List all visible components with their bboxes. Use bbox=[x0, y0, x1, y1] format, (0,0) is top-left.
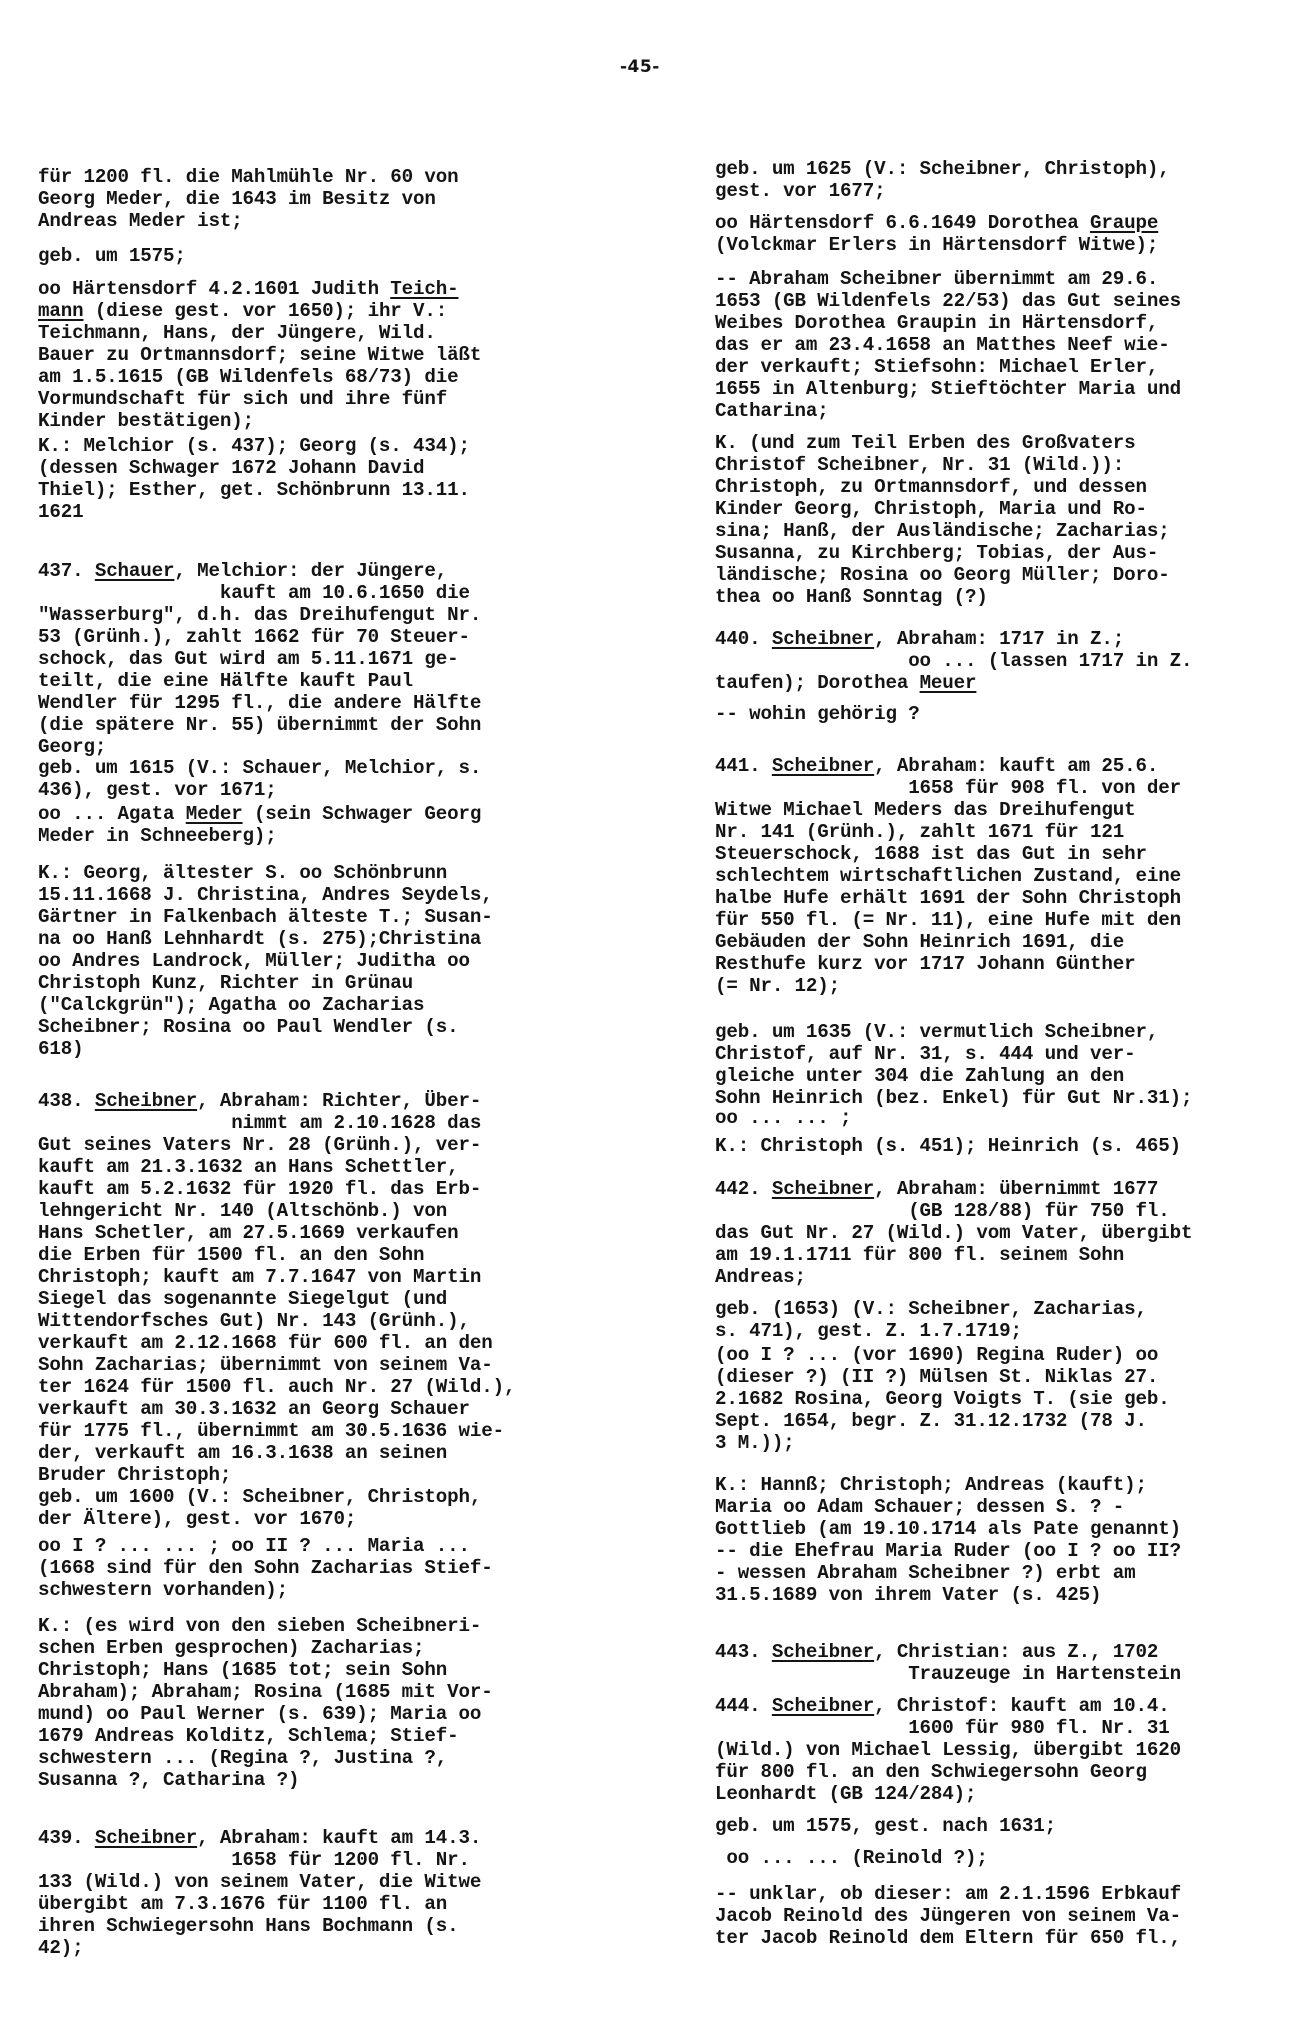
text-line: ter 1624 für 1500 fl. auch Nr. 27 (Wild.… bbox=[38, 1376, 515, 1398]
text-line: Jacob Reinold des Jüngeren von seinem Va… bbox=[715, 1905, 1181, 1927]
text-line: 1653 (GB Wildenfels 22/53) das Gut seine… bbox=[715, 290, 1181, 312]
text-line: (Wild.) von Michael Lessig, übergibt 162… bbox=[715, 1739, 1181, 1761]
text-line: Kinder bestätigen); bbox=[38, 410, 481, 432]
text-line: (die spätere Nr. 55) übernimmt der Sohn bbox=[38, 714, 481, 736]
text-line: mann (diese gest. vor 1650); ihr V.: bbox=[38, 300, 481, 322]
text-line: oo Andres Landrock, Müller; Juditha oo bbox=[38, 950, 493, 972]
register-entry-439: 439. Scheibner, Abraham: kauft am 14.3. … bbox=[38, 1827, 481, 1959]
text-line: Catharina; bbox=[715, 400, 1181, 422]
paragraph: (oo I ? ... (vor 1690) Regina Ruder) oo(… bbox=[715, 1344, 1170, 1454]
text-line: Christoph; kauft am 7.7.1647 von Martin bbox=[38, 1266, 515, 1288]
register-entry-441: 441. Scheibner, Abraham: kauft am 25.6. … bbox=[715, 755, 1181, 997]
text-line: Georg; bbox=[38, 736, 481, 758]
text-line: 437. Schauer, Melchior: der Jüngere, bbox=[38, 560, 481, 582]
paragraph: geb. um 1575, gest. nach 1631; bbox=[715, 1815, 1056, 1837]
text-line: Scheibner; Rosina oo Paul Wendler (s. bbox=[38, 1016, 493, 1038]
text-line: 436), gest. vor 1671; bbox=[38, 779, 481, 801]
text-line: thea oo Hanß Sonntag (?) bbox=[715, 586, 1170, 608]
page-number: -45- bbox=[620, 57, 660, 77]
text-line: Abraham); Abraham; Rosina (1685 mit Vor- bbox=[38, 1681, 493, 1703]
text-line: K.: Georg, ältester S. oo Schönbrunn bbox=[38, 862, 493, 884]
text-line: für 550 fl. (= Nr. 11), eine Hufe mit de… bbox=[715, 909, 1181, 931]
text-line: Bauer zu Ortmannsdorf; seine Witwe läßt bbox=[38, 344, 481, 366]
text-line: Sohn Zacharias; übernimmt von seinem Va- bbox=[38, 1354, 515, 1376]
text-line: Steuerschock, 1688 ist das Gut in sehr bbox=[715, 843, 1181, 865]
underlined-surname: Meuer bbox=[920, 672, 977, 694]
underlined-surname: Scheibner bbox=[772, 1641, 874, 1663]
text-line: Wendler für 1295 fl., die andere Hälfte bbox=[38, 692, 481, 714]
text-line: (dieser ?) (II ?) Mülsen St. Niklas 27. bbox=[715, 1366, 1170, 1388]
text-line: K.: (es wird von den sieben Scheibneri- bbox=[38, 1615, 493, 1637]
text-line: am 1.5.1615 (GB Wildenfels 68/73) die bbox=[38, 366, 481, 388]
text-line: oo I ? ... ... ; oo II ? ... Maria ... bbox=[38, 1535, 493, 1557]
register-entry-438: 438. Scheibner, Abraham: Richter, Über- … bbox=[38, 1090, 515, 1486]
text-line: "Wasserburg", d.h. das Dreihufengut Nr. bbox=[38, 604, 481, 626]
text-line: Andreas; bbox=[715, 1266, 1192, 1288]
text-line: Georg Meder, die 1643 im Besitz von bbox=[38, 188, 458, 210]
text-line: Nr. 141 (Grünh.), zahlt 1671 für 121 bbox=[715, 821, 1181, 843]
text-line: halbe Hufe erhält 1691 der Sohn Christop… bbox=[715, 887, 1181, 909]
text-line: geb. um 1625 (V.: Scheibner, Christoph), bbox=[715, 158, 1170, 180]
text-line: 440. Scheibner, Abraham: 1717 in Z.; bbox=[715, 628, 1192, 650]
text-line: kauft am 5.2.1632 für 1920 fl. das Erb- bbox=[38, 1178, 515, 1200]
text-line: gleiche unter 304 die Zahlung an den bbox=[715, 1065, 1192, 1087]
text-line: teilt, die eine Hälfte kauft Paul bbox=[38, 670, 481, 692]
text-line: Thiel); Esther, get. Schönbrunn 13.11. bbox=[38, 479, 470, 501]
text-line: Susanna, zu Kirchberg; Tobias, der Aus- bbox=[715, 542, 1170, 564]
text-line: nimmt am 2.10.1628 das bbox=[38, 1112, 515, 1134]
text-line: 444. Scheibner, Christof: kauft am 10.4. bbox=[715, 1695, 1181, 1717]
text-line: (Volckmar Erlers in Härtensdorf Witwe); bbox=[715, 234, 1158, 256]
text-line: geb. um 1615 (V.: Schauer, Melchior, s. bbox=[38, 757, 481, 779]
text-line: Sept. 1654, begr. Z. 31.12.1732 (78 J. bbox=[715, 1410, 1170, 1432]
text-line: (= Nr. 12); bbox=[715, 975, 1181, 997]
text-line: Sohn Heinrich (bez. Enkel) für Gut Nr.31… bbox=[715, 1087, 1192, 1109]
paragraph: oo ... ... ; bbox=[715, 1107, 851, 1129]
register-entry-440: 440. Scheibner, Abraham: 1717 in Z.; oo … bbox=[715, 628, 1192, 694]
text-line: am 19.1.1711 für 800 fl. seinem Sohn bbox=[715, 1244, 1192, 1266]
paragraph: für 1200 fl. die Mahlmühle Nr. 60 vonGeo… bbox=[38, 166, 458, 232]
text-line: Witwe Michael Meders das Dreihufengut bbox=[715, 799, 1181, 821]
text-line: geb. um 1575; bbox=[38, 245, 186, 267]
text-line: 1658 für 908 fl. von der bbox=[715, 777, 1181, 799]
underlined-surname: Schauer bbox=[95, 560, 175, 582]
paragraph: K.: Georg, ältester S. oo Schönbrunn15.1… bbox=[38, 862, 493, 1060]
text-line: K. (und zum Teil Erben des Großvaters bbox=[715, 432, 1170, 454]
text-line: Christoph; Hans (1685 tot; sein Sohn bbox=[38, 1659, 493, 1681]
paragraph: geb. (1653) (V.: Scheibner, Zacharias,s.… bbox=[715, 1298, 1147, 1342]
underlined-surname: Scheibner bbox=[95, 1827, 197, 1849]
text-line: 15.11.1668 J. Christina, Andres Seydels, bbox=[38, 884, 493, 906]
paragraph: geb. um 1575; bbox=[38, 245, 186, 267]
underlined-surname: Scheibner bbox=[95, 1090, 197, 1112]
paragraph: K.: Christoph (s. 451); Heinrich (s. 465… bbox=[715, 1135, 1181, 1157]
text-line: Christoph, zu Ortmannsdorf, und dessen bbox=[715, 476, 1170, 498]
paragraph: oo Härtensdorf 4.2.1601 Judith Teich-man… bbox=[38, 278, 481, 432]
paragraph: K.: Hannß; Christoph; Andreas (kauft);Ma… bbox=[715, 1474, 1181, 1606]
text-line: lehngericht Nr. 140 (Altschönb.) von bbox=[38, 1200, 515, 1222]
underlined-surname: Scheibner bbox=[772, 1695, 874, 1717]
text-line: na oo Hanß Lehnhardt (s. 275);Christina bbox=[38, 928, 493, 950]
text-line: Hans Schetler, am 27.5.1669 verkaufen bbox=[38, 1222, 515, 1244]
text-line: oo Härtensdorf 4.2.1601 Judith Teich- bbox=[38, 278, 481, 300]
text-line: 133 (Wild.) von seinem Vater, die Witwe bbox=[38, 1871, 481, 1893]
register-entry-444: 444. Scheibner, Christof: kauft am 10.4.… bbox=[715, 1695, 1181, 1805]
text-line: geb. (1653) (V.: Scheibner, Zacharias, bbox=[715, 1298, 1147, 1320]
text-line: geb. um 1575, gest. nach 1631; bbox=[715, 1815, 1056, 1837]
text-line: 441. Scheibner, Abraham: kauft am 25.6. bbox=[715, 755, 1181, 777]
text-line: schlechtem wirtschaftlichen Zustand, ein… bbox=[715, 865, 1181, 887]
text-line: verkauft am 2.12.1668 für 600 fl. an den bbox=[38, 1332, 515, 1354]
text-line: für 1200 fl. die Mahlmühle Nr. 60 von bbox=[38, 166, 458, 188]
text-line: kauft am 10.6.1650 die bbox=[38, 582, 481, 604]
text-line: -- wohin gehörig ? bbox=[715, 703, 920, 725]
text-line: Bruder Christoph; bbox=[38, 1464, 515, 1486]
text-line: -- Abraham Scheibner übernimmt am 29.6. bbox=[715, 268, 1181, 290]
paragraph: oo Härtensdorf 6.6.1649 Dorothea Graupe(… bbox=[715, 212, 1158, 256]
text-line: Kinder Georg, Christoph, Maria und Ro- bbox=[715, 498, 1170, 520]
text-line: mund) oo Paul Werner (s. 639); Maria oo bbox=[38, 1703, 493, 1725]
text-line: schwestern vorhanden); bbox=[38, 1579, 493, 1601]
text-line: Gut seines Vaters Nr. 28 (Grünh.), ver- bbox=[38, 1134, 515, 1156]
text-line: - wessen Abraham Scheibner ?) erbt am bbox=[715, 1562, 1181, 1584]
text-line: 53 (Grünh.), zahlt 1662 für 70 Steuer- bbox=[38, 626, 481, 648]
text-line: 2.1682 Rosina, Georg Voigts T. (sie geb. bbox=[715, 1388, 1170, 1410]
text-line: Gebäuden der Sohn Heinrich 1691, die bbox=[715, 931, 1181, 953]
underlined-surname: Scheibner bbox=[772, 1178, 874, 1200]
text-line: K.: Christoph (s. 451); Heinrich (s. 465… bbox=[715, 1135, 1181, 1157]
text-line: Meder in Schneeberg); bbox=[38, 825, 481, 847]
text-line: 3 M.)); bbox=[715, 1432, 1170, 1454]
text-line: (1668 sind für den Sohn Zacharias Stief- bbox=[38, 1557, 493, 1579]
text-line: geb. um 1635 (V.: vermutlich Scheibner, bbox=[715, 1021, 1192, 1043]
paragraph: K.: (es wird von den sieben Scheibneri-s… bbox=[38, 1615, 493, 1791]
text-line: 1679 Andreas Kolditz, Schlema; Stief- bbox=[38, 1725, 493, 1747]
text-line: schen Erben gesprochen) Zacharias; bbox=[38, 1637, 493, 1659]
text-line: ihren Schwiegersohn Hans Bochmann (s. bbox=[38, 1915, 481, 1937]
text-line: taufen); Dorothea Meuer bbox=[715, 672, 1192, 694]
text-line: 1655 in Altenburg; Stieftöchter Maria un… bbox=[715, 378, 1181, 400]
text-line: Resthufe kurz vor 1717 Johann Günther bbox=[715, 953, 1181, 975]
paragraph: K. (und zum Teil Erben des GroßvatersChr… bbox=[715, 432, 1170, 608]
text-line: 42); bbox=[38, 1937, 481, 1959]
text-line: der Ältere), gest. vor 1670; bbox=[38, 1508, 481, 1530]
text-line: 439. Scheibner, Abraham: kauft am 14.3. bbox=[38, 1827, 481, 1849]
text-line: 443. Scheibner, Christian: aus Z., 1702 bbox=[715, 1641, 1181, 1663]
text-line: für 800 fl. an den Schwiegersohn Georg bbox=[715, 1761, 1181, 1783]
paragraph: oo ... Agata Meder (sein Schwager GeorgM… bbox=[38, 803, 481, 847]
text-line: das er am 23.4.1658 an Matthes Neef wie- bbox=[715, 334, 1181, 356]
paragraph: -- unklar, ob dieser: am 2.1.1596 Erbkau… bbox=[715, 1883, 1181, 1949]
paragraph: geb. um 1635 (V.: vermutlich Scheibner,C… bbox=[715, 1021, 1192, 1109]
register-entry-442: 442. Scheibner, Abraham: übernimmt 1677 … bbox=[715, 1178, 1192, 1288]
paragraph: geb. um 1615 (V.: Schauer, Melchior, s.4… bbox=[38, 757, 481, 801]
text-line: die Erben für 1500 fl. an den Sohn bbox=[38, 1244, 515, 1266]
underlined-surname: Meder bbox=[186, 803, 243, 825]
text-line: K.: Hannß; Christoph; Andreas (kauft); bbox=[715, 1474, 1181, 1496]
text-line: Leonhardt (GB 124/284); bbox=[715, 1783, 1181, 1805]
text-line: K.: Melchior (s. 437); Georg (s. 434); bbox=[38, 435, 470, 457]
register-entry-437: 437. Schauer, Melchior: der Jüngere, kau… bbox=[38, 560, 481, 758]
text-line: Christof, auf Nr. 31, s. 444 und ver- bbox=[715, 1043, 1192, 1065]
text-line: ("Calckgrün"); Agatha oo Zacharias bbox=[38, 994, 493, 1016]
text-line: 438. Scheibner, Abraham: Richter, Über- bbox=[38, 1090, 515, 1112]
underlined-surname: mann bbox=[38, 300, 83, 322]
text-line: (oo I ? ... (vor 1690) Regina Ruder) oo bbox=[715, 1344, 1170, 1366]
text-line: ter Jacob Reinold dem Eltern für 650 fl.… bbox=[715, 1927, 1181, 1949]
text-line: Gärtner in Falkenbach älteste T.; Susan- bbox=[38, 906, 493, 928]
text-line: schwestern ... (Regina ?, Justina ?, bbox=[38, 1747, 493, 1769]
underlined-surname: Scheibner bbox=[772, 628, 874, 650]
text-line: Trauzeuge in Hartenstein bbox=[715, 1663, 1181, 1685]
text-line: Maria oo Adam Schauer; dessen S. ? - bbox=[715, 1496, 1181, 1518]
text-line: sina; Hanß, der Ausländische; Zacharias; bbox=[715, 520, 1170, 542]
text-line: schock, das Gut wird am 5.11.1671 ge- bbox=[38, 648, 481, 670]
text-line: das Gut Nr. 27 (Wild.) vom Vater, übergi… bbox=[715, 1222, 1192, 1244]
text-line: Siegel das sogenannte Siegelgut (und bbox=[38, 1288, 515, 1310]
paragraph: -- wohin gehörig ? bbox=[715, 703, 920, 725]
underlined-surname: Scheibner bbox=[772, 755, 874, 777]
text-line: 31.5.1689 von ihrem Vater (s. 425) bbox=[715, 1584, 1181, 1606]
text-line: übergibt am 7.3.1676 für 1100 fl. an bbox=[38, 1893, 481, 1915]
text-line: 618) bbox=[38, 1038, 493, 1060]
text-line: Wittendorfsches Gut) Nr. 143 (Grünh.), bbox=[38, 1310, 515, 1332]
text-line: Gottlieb (am 19.10.1714 als Pate genannt… bbox=[715, 1518, 1181, 1540]
text-line: der verkauft; Stiefsohn: Michael Erler, bbox=[715, 356, 1181, 378]
text-line: oo ... ... (Reinold ?); bbox=[715, 1847, 988, 1869]
text-line: 1621 bbox=[38, 501, 470, 523]
paragraph: oo ... ... (Reinold ?); bbox=[715, 1847, 988, 1869]
text-line: verkauft am 30.3.1632 an Georg Schauer bbox=[38, 1398, 515, 1420]
text-line: 1658 für 1200 fl. Nr. bbox=[38, 1849, 481, 1871]
text-line: oo ... Agata Meder (sein Schwager Georg bbox=[38, 803, 481, 825]
text-line: Vormundschaft für sich und ihre fünf bbox=[38, 388, 481, 410]
paragraph: geb. um 1625 (V.: Scheibner, Christoph),… bbox=[715, 158, 1170, 202]
underlined-surname: Graupe bbox=[1090, 212, 1158, 234]
paragraph: -- Abraham Scheibner übernimmt am 29.6.1… bbox=[715, 268, 1181, 422]
text-line: kauft am 21.3.1632 an Hans Schettler, bbox=[38, 1156, 515, 1178]
text-line: geb. um 1600 (V.: Scheibner, Christoph, bbox=[38, 1486, 481, 1508]
text-line: oo ... ... ; bbox=[715, 1107, 851, 1129]
text-line: oo Härtensdorf 6.6.1649 Dorothea Graupe bbox=[715, 212, 1158, 234]
text-line: Susanna ?, Catharina ?) bbox=[38, 1769, 493, 1791]
text-line: (dessen Schwager 1672 Johann David bbox=[38, 457, 470, 479]
text-line: (GB 128/88) für 750 fl. bbox=[715, 1200, 1192, 1222]
text-line: Weibes Dorothea Graupin in Härtensdorf, bbox=[715, 312, 1181, 334]
text-line: gest. vor 1677; bbox=[715, 180, 1170, 202]
paragraph: oo I ? ... ... ; oo II ? ... Maria ...(1… bbox=[38, 1535, 493, 1601]
text-line: für 1775 fl., übernimmt am 30.5.1636 wie… bbox=[38, 1420, 515, 1442]
text-line: 1600 für 980 fl. Nr. 31 bbox=[715, 1717, 1181, 1739]
text-line: oo ... (lassen 1717 in Z. bbox=[715, 650, 1192, 672]
text-line: Teichmann, Hans, der Jüngere, Wild. bbox=[38, 322, 481, 344]
text-line: der, verkauft am 16.3.1638 an seinen bbox=[38, 1442, 515, 1464]
register-entry-443: 443. Scheibner, Christian: aus Z., 1702 … bbox=[715, 1641, 1181, 1685]
text-line: -- unklar, ob dieser: am 2.1.1596 Erbkau… bbox=[715, 1883, 1181, 1905]
paragraph: K.: Melchior (s. 437); Georg (s. 434);(d… bbox=[38, 435, 470, 523]
underlined-surname: Teich- bbox=[390, 278, 458, 300]
text-line: Christoph Kunz, Richter in Grünau bbox=[38, 972, 493, 994]
text-line: ländische; Rosina oo Georg Müller; Doro- bbox=[715, 564, 1170, 586]
text-line: -- die Ehefrau Maria Ruder (oo I ? oo II… bbox=[715, 1540, 1181, 1562]
paragraph: geb. um 1600 (V.: Scheibner, Christoph,d… bbox=[38, 1486, 481, 1530]
text-line: 442. Scheibner, Abraham: übernimmt 1677 bbox=[715, 1178, 1192, 1200]
text-line: Christof Scheibner, Nr. 31 (Wild.)): bbox=[715, 454, 1170, 476]
text-line: s. 471), gest. Z. 1.7.1719; bbox=[715, 1320, 1147, 1342]
text-line: Andreas Meder ist; bbox=[38, 210, 458, 232]
